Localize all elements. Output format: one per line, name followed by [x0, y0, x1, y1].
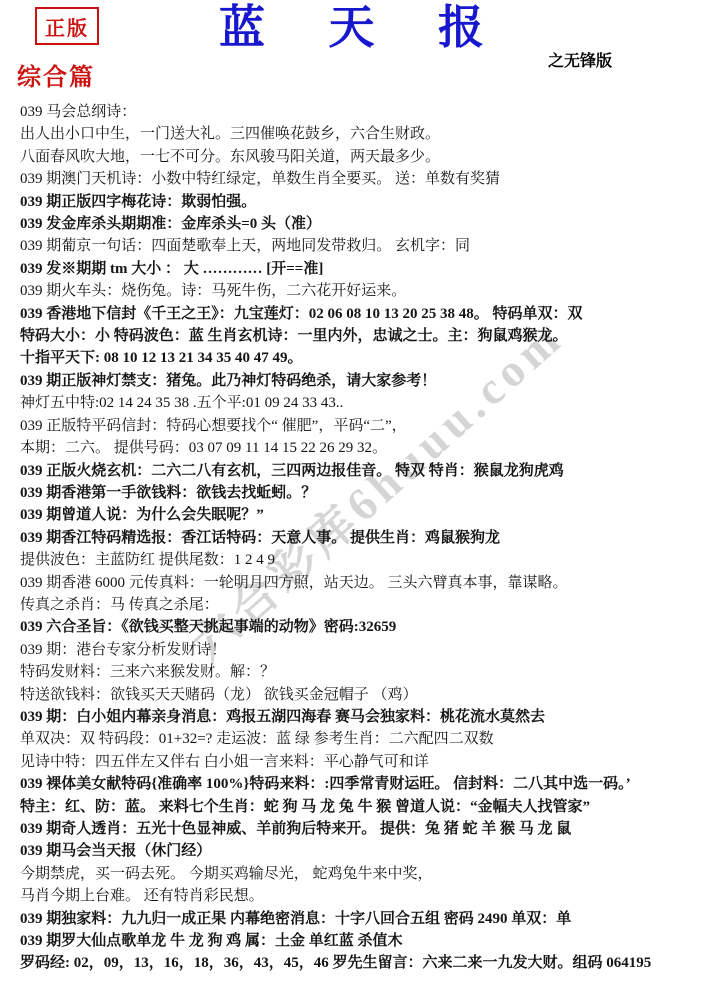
report-line: 特送欲钱料：欲钱买天天赌码（龙） 欲钱买金冠帽子 （鸡）	[20, 684, 690, 706]
report-line: 039 期香港第一手欲钱料：欲钱去找蚯蚓。？	[20, 482, 690, 504]
report-line: 见诗中特：四五伴左又伴右 白小姐一言来料：平心静气可和详	[20, 751, 690, 773]
report-line: 特主：红、防：蓝。 来料七个生肖：蛇 狗 马 龙 兔 牛 猴 曾道人说：“金幅夫…	[20, 796, 690, 818]
report-line: 039 期火车头：烧伤兔。诗：马死牛伤，二六花开好运来。	[20, 280, 690, 302]
report-line: 传真之杀肖：马 传真之杀尾：	[20, 594, 690, 616]
report-line: 039 发金库杀头期期准：金库杀头=0 头（准）	[20, 213, 690, 235]
report-line: 罗码经: 02，09，13，16，18，36，43，45，46 罗先生留言：六来…	[20, 952, 690, 974]
report-page: 六合彩库6huuu.com 正版 蓝 天 报 之无锋版 综合篇 039 马会总纲…	[0, 0, 703, 988]
report-line: 039 正版特平码信封：特码心想要找个“ 催肥”，平码“二”，	[20, 415, 690, 437]
report-line: 039 六合圣旨：《欲钱买整天挑起事端的动物》密码:32659	[20, 616, 690, 638]
report-line: 单双决：双 特码段：01+32=? 走运波：蓝 绿 参考生肖：二六配四二双数	[20, 728, 690, 750]
report-line: 039 期：白小姐内幕亲身消息：鸡报五湖四海春 赛马会独家料：桃花流水莫然去	[20, 706, 690, 728]
report-line: 本期：二六。 提供号码：03 07 09 11 14 15 22 26 29 3…	[20, 437, 690, 459]
report-line: 039 马会总纲诗：	[20, 101, 690, 123]
report-body: 039 马会总纲诗：出人出小口中生，一门送大礼。三四催唤花鼓乡，六合生财政。八面…	[20, 101, 690, 975]
report-line: 039 裸体美女献特码{准确率 100%}特码来料：:四季常青财运旺。 信封料：…	[20, 773, 690, 795]
section-heading: 综合篇	[17, 57, 95, 92]
report-line: 039 期奇人透肖：五光十色显神威、羊前狗后特来开。 提供：兔 猪 蛇 羊 猴 …	[20, 818, 690, 840]
report-line: 039 期：港台专家分析发财诗！	[20, 639, 690, 661]
report-line: 039 期正版四字梅花诗：欺弱怕强。	[20, 191, 690, 213]
report-line: 出人出小口中生，一门送大礼。三四催唤花鼓乡，六合生财政。	[20, 123, 690, 145]
report-line: 马肖今期上台难。 还有特肖彩民想。	[20, 885, 690, 907]
report-line: 特码大小：小 特码波色：蓝 生肖玄机诗：一里内外，忠诚之士。主：狗鼠鸡猴龙。	[20, 325, 690, 347]
report-line: 039 香港地下信封《千王之王》：九宝莲灯：02 06 08 10 13 20 …	[20, 303, 690, 325]
report-line: 特码发财料：三来六来猴发财。解：？	[20, 661, 690, 683]
report-line: 039 期独家料：九九归一成正果 内幕绝密消息：十字八回合五组 密码 2490 …	[20, 908, 690, 930]
report-line: 039 正版火烧玄机：二六二八有玄机，三四两边报佳音。 特双 特肖：猴鼠龙狗虎鸡	[20, 460, 690, 482]
edition-subtitle: 之无锋版	[548, 48, 612, 71]
report-line: 039 期罗大仙点歌单龙 牛 龙 狗 鸡 属：土金 单红蓝 杀值木	[20, 930, 690, 952]
report-line: 039 期香港 6000 元传真料：一轮明月四方照，站天边。 三头六臂真本事，靠…	[20, 572, 690, 594]
report-line: 039 期香江特码精选报：香江话特码：天意人事。 提供生肖：鸡鼠猴狗龙	[20, 527, 690, 549]
report-line: 神灯五中特:02 14 24 35 38 .五个平:01 09 24 33 43…	[20, 392, 690, 414]
report-line: 039 期曾道人说：为什么会失眠呢？”	[20, 504, 690, 526]
report-line: 039 期澳门天机诗：小数中特红绿定，单数生肖全要买。 送：单数有奖猜	[20, 168, 690, 190]
report-line: 今期禁虎，买一码去死。 今期买鸡输尽光， 蛇鸡兔牛来中奖，	[20, 863, 690, 885]
report-line: 039 期马会当天报（休门经）	[20, 840, 690, 862]
report-line: 八面春风吹大地，一七不可分。东风骏马阳关道，两天最多少。	[20, 146, 690, 168]
report-line: 039 发※期期 tm 大小 ： 大 ………… [开==准]	[20, 258, 690, 280]
report-line: 039 期正版神灯禁支：猪兔。此乃神灯特码绝杀，请大家参考！	[20, 370, 690, 392]
report-line: 039 期葡京一句话：四面楚歌奉上天，两地同发带救归。 玄机字：同	[20, 235, 690, 257]
report-line: 十指平天下: 08 10 12 13 21 34 35 40 47 49。	[20, 347, 690, 369]
report-line: 提供波色：主蓝防红 提供尾数：1 2 4 9	[20, 549, 690, 571]
